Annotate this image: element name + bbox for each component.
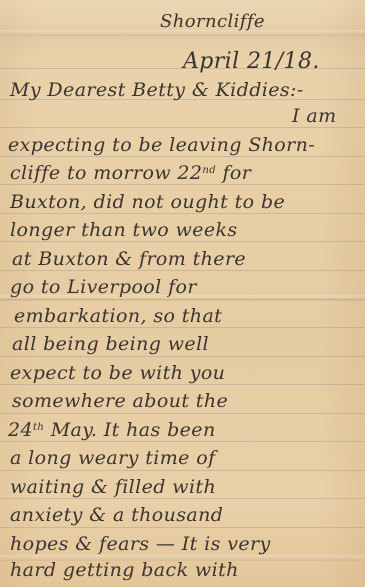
letter-line: go to Liverpool for [10, 275, 197, 299]
letter-line: I am [292, 104, 337, 128]
letter-place: Shorncliffe [160, 10, 265, 34]
ruled-line [0, 356, 365, 357]
ordinal-suffix: th [33, 422, 44, 433]
letter-line: Buxton, did not ought to be [10, 190, 285, 214]
letter-line: at Buxton & from there [12, 247, 246, 271]
letter-page: Shorncliffe April 21/18. My Dearest Bett… [0, 0, 365, 587]
letter-line-text: for [216, 162, 251, 184]
ordinal-suffix: nd [202, 165, 216, 176]
letter-line: expect to be with you [10, 361, 225, 385]
ruled-line [0, 527, 365, 528]
ruled-line [0, 413, 365, 414]
letter-line-text: 24 [8, 419, 33, 441]
letter-line: all being being well [12, 332, 209, 356]
letter-date: April 21/18. [183, 50, 320, 74]
letter-line: hard getting back with [10, 558, 239, 582]
letter-line: a long weary time of [10, 446, 216, 470]
letter-line: somewhere about the [12, 389, 228, 413]
letter-line: 24th May. It has been [8, 418, 216, 442]
letter-line: embarkation, so that [14, 304, 222, 328]
letter-salutation: My Dearest Betty & Kiddies:- [10, 78, 304, 102]
letter-line-text: cliffe to morrow 22 [10, 162, 202, 184]
ruled-line [0, 470, 365, 471]
letter-line-text: May. It has been [44, 419, 215, 441]
ruled-line [0, 299, 365, 300]
letter-line: anxiety & a thousand [10, 503, 223, 527]
letter-line: hopes & fears — It is very [10, 532, 271, 556]
letter-line: waiting & filled with [10, 475, 216, 499]
letter-line: expecting to be leaving Shorn- [8, 133, 315, 157]
letter-line: longer than two weeks [10, 218, 238, 242]
letter-line: cliffe to morrow 22nd for [10, 161, 251, 185]
